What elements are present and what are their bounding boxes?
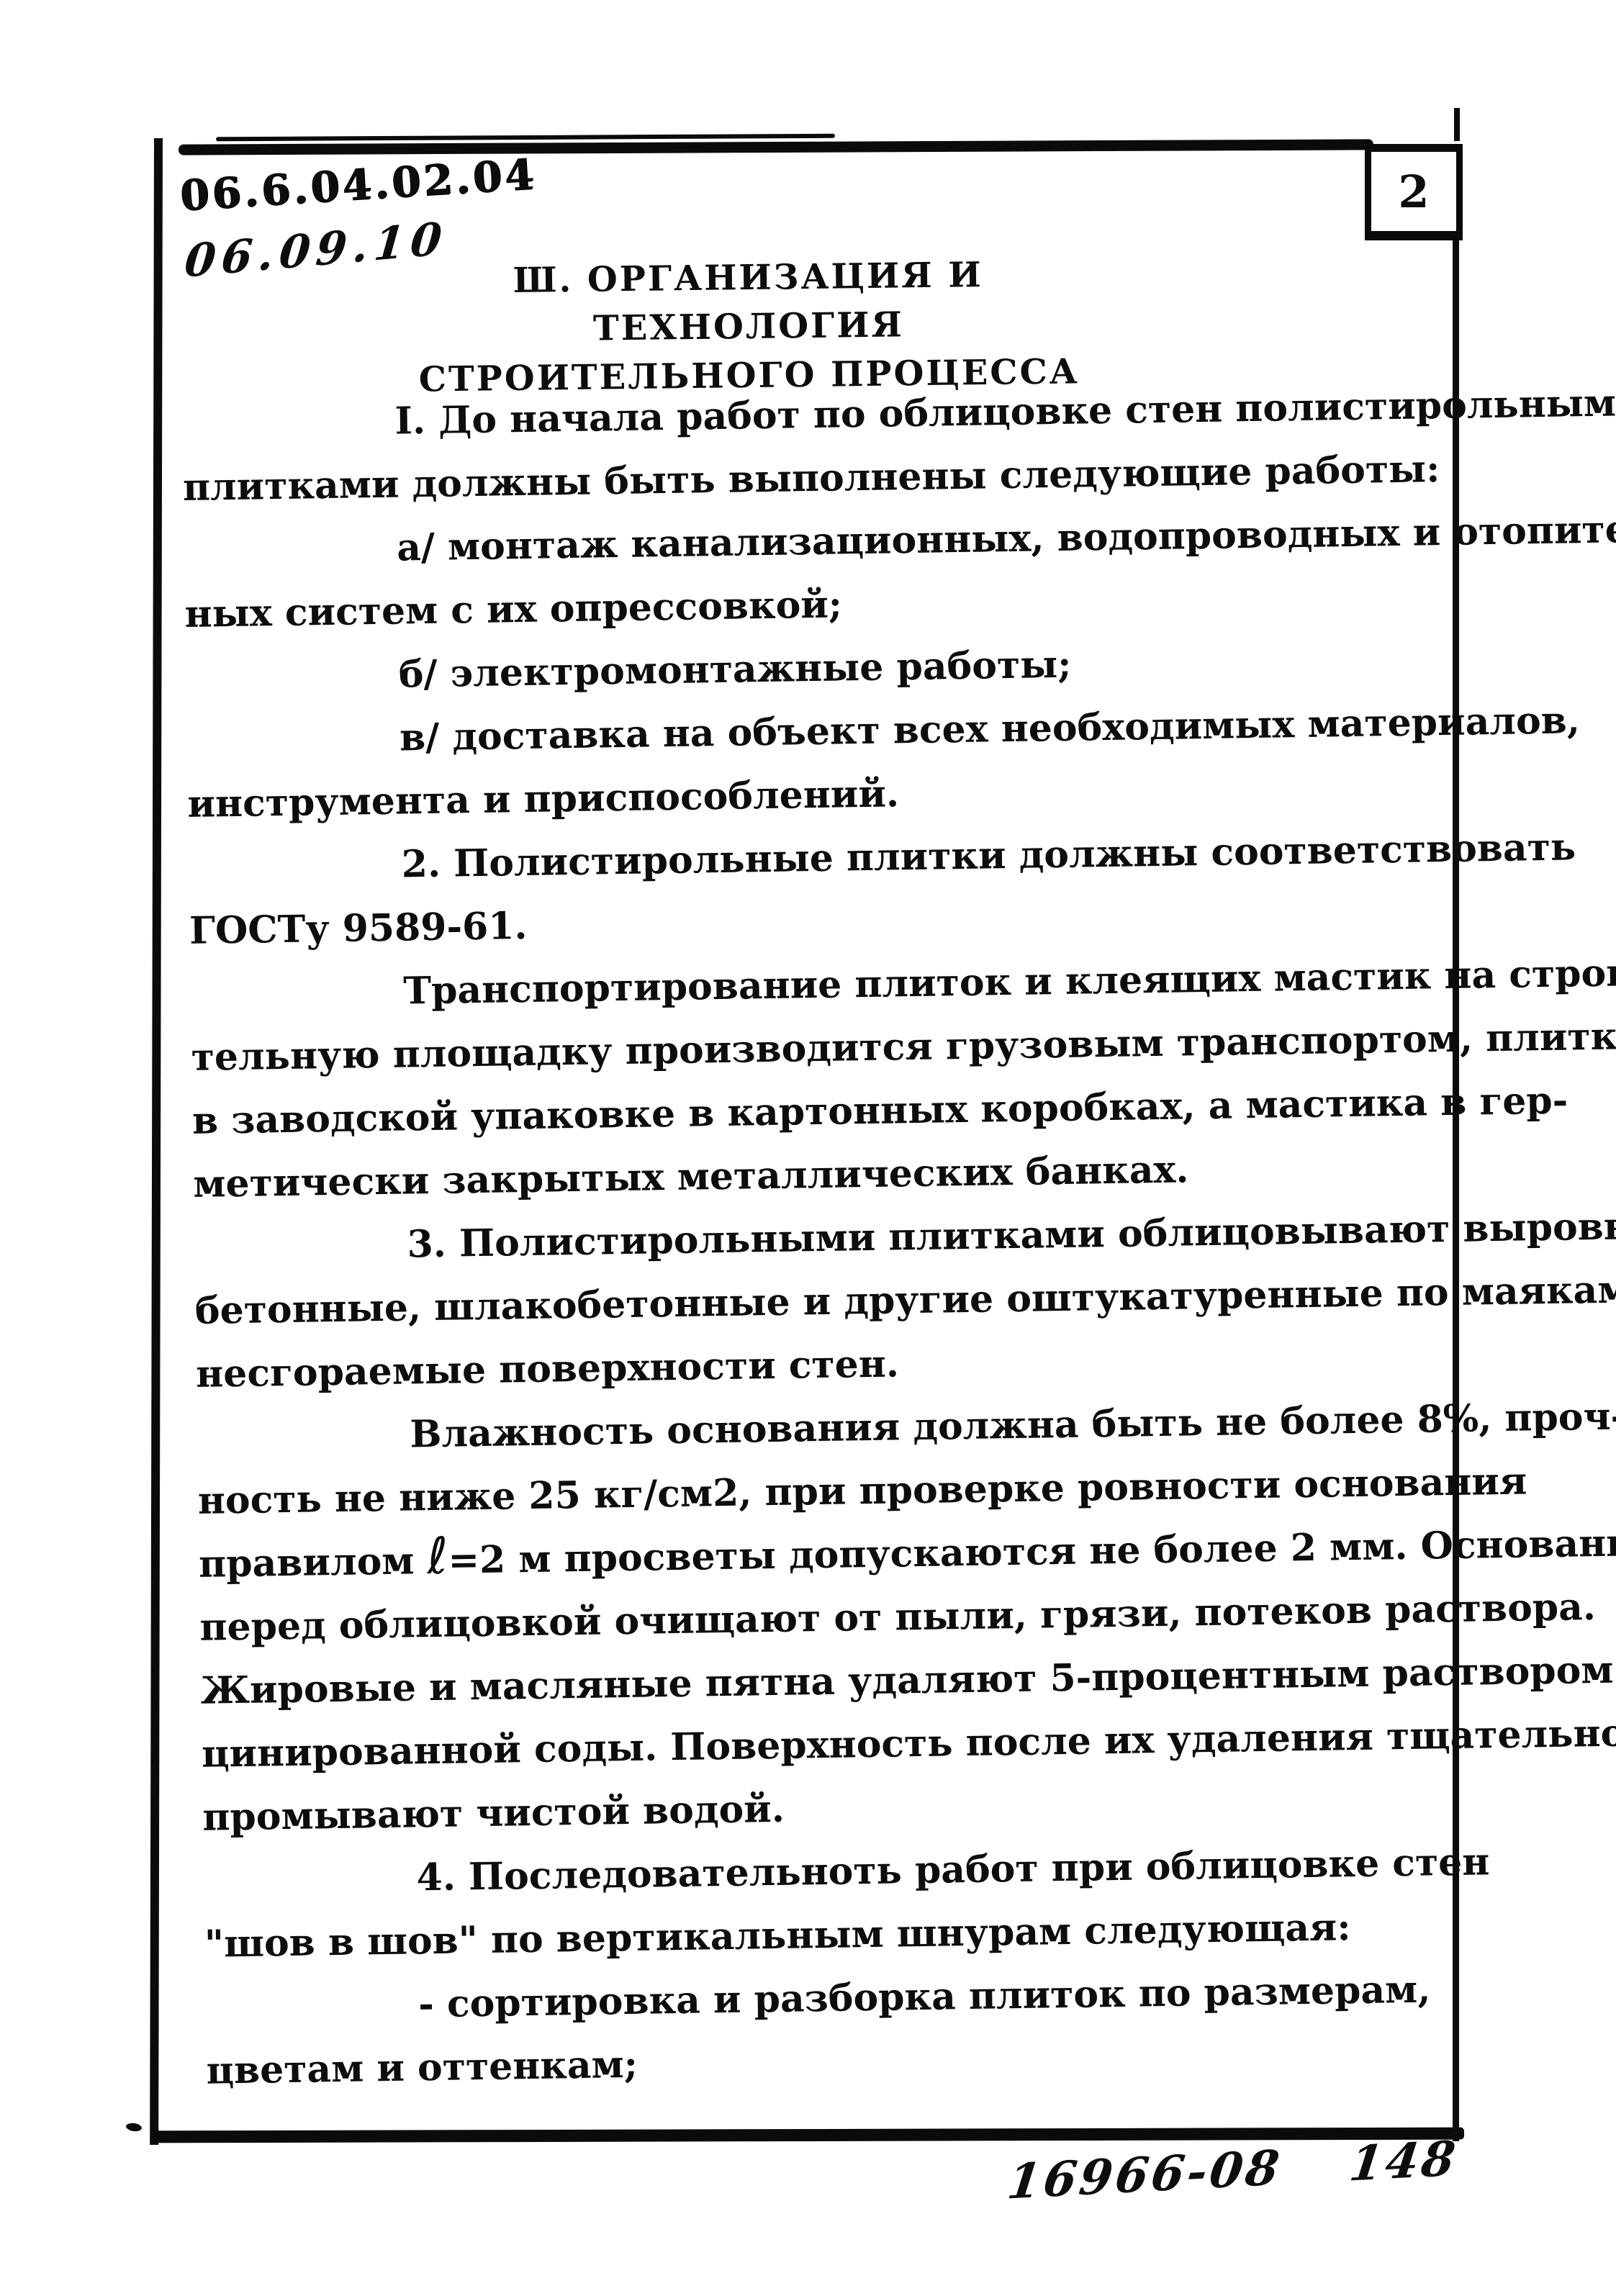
ink-speck bbox=[125, 2123, 142, 2133]
page-number-box: 2 bbox=[1365, 144, 1463, 240]
frame-top-border-smudge bbox=[216, 134, 835, 142]
body-text: I. До начала работ по облицовке стен пол… bbox=[181, 374, 1502, 2102]
stamp-code: 06.6.04.02.04 bbox=[179, 150, 538, 220]
script-l-symbol: ℓ bbox=[427, 1527, 448, 1586]
heading-line-1: Ш. ОРГАНИЗАЦИЯ И ТЕХНОЛОГИЯ bbox=[359, 248, 1138, 356]
frame-top-border bbox=[179, 139, 1373, 155]
scanned-document-page: 2 06.6.04.02.04 06.09.10 Ш. ОРГАНИЗАЦИЯ … bbox=[0, 0, 1616, 2296]
footer-doc-number: 16966-08 bbox=[1004, 2139, 1285, 2210]
page-number: 2 bbox=[1398, 166, 1429, 218]
frame-left-border bbox=[150, 138, 163, 2145]
footer-page-number: 148 bbox=[1347, 2130, 1461, 2192]
frame-right-border-dash bbox=[1454, 108, 1460, 141]
footer-handwriting: 16966-08 148 bbox=[1004, 2130, 1461, 2210]
